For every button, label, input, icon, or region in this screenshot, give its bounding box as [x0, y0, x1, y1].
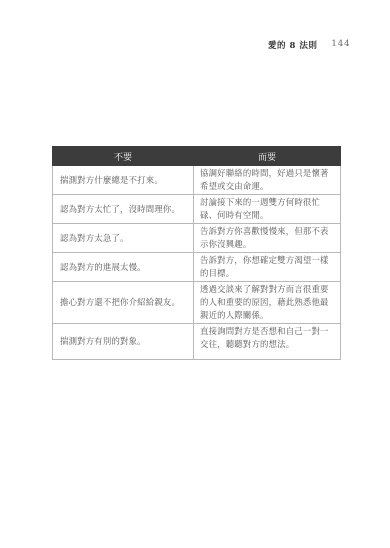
running-head: 愛的 8 法則 144 — [268, 39, 390, 51]
dont-cell: 認為對方太忙了，沒時間理你。 — [53, 195, 194, 224]
dont-cell: 揣測對方有別的對象。 — [53, 324, 194, 360]
table-row: 揣測對方什麼總是不打來。 協調好聯絡的時間，好過只是懷著希望或交由命運。 — [53, 166, 341, 195]
table-row: 認為對方太忙了，沒時間理你。 討論接下來的一週雙方何時很忙碌、何時有空閒。 — [53, 195, 341, 224]
table-row: 認為對方的進展太慢。 告訴對方，你想確定雙方渴望一樣的目標。 — [53, 253, 341, 282]
do-cell: 告訴對方你喜歡慢慢來，但那不表示你沒興趣。 — [194, 224, 341, 253]
dont-cell: 擔心對方還不把你介紹給親友。 — [53, 282, 194, 324]
dont-cell: 揣測對方什麼總是不打來。 — [53, 166, 194, 195]
table-row: 認為對方太急了。 告訴對方你喜歡慢慢來，但那不表示你沒興趣。 — [53, 224, 341, 253]
comparison-table: 不要 而要 揣測對方什麼總是不打來。 協調好聯絡的時間，好過只是懷著希望或交由命… — [52, 146, 341, 360]
dont-cell: 認為對方的進展太慢。 — [53, 253, 194, 282]
page-number: 144 — [331, 39, 350, 51]
do-cell: 協調好聯絡的時間，好過只是懷著希望或交由命運。 — [194, 166, 341, 195]
table-header-row: 不要 而要 — [53, 147, 341, 166]
do-cell: 直接詢問對方是否想和自己一對一交往，聽聽對方的想法。 — [194, 324, 341, 360]
book-title: 愛的 8 法則 — [268, 39, 317, 51]
table-row: 擔心對方還不把你介紹給親友。 透過交談來了解對對方而言很重要的人和重要的原因，藉… — [53, 282, 341, 324]
do-cell: 告訴對方，你想確定雙方渴望一樣的目標。 — [194, 253, 341, 282]
dont-cell: 認為對方太急了。 — [53, 224, 194, 253]
do-cell: 透過交談來了解對對方而言很重要的人和重要的原因，藉此熟悉他最親近的人際關係。 — [194, 282, 341, 324]
table-row: 揣測對方有別的對象。 直接詢問對方是否想和自己一對一交往，聽聽對方的想法。 — [53, 324, 341, 360]
column-header-dont: 不要 — [53, 147, 194, 166]
column-header-do: 而要 — [194, 147, 341, 166]
do-cell: 討論接下來的一週雙方何時很忙碌、何時有空閒。 — [194, 195, 341, 224]
